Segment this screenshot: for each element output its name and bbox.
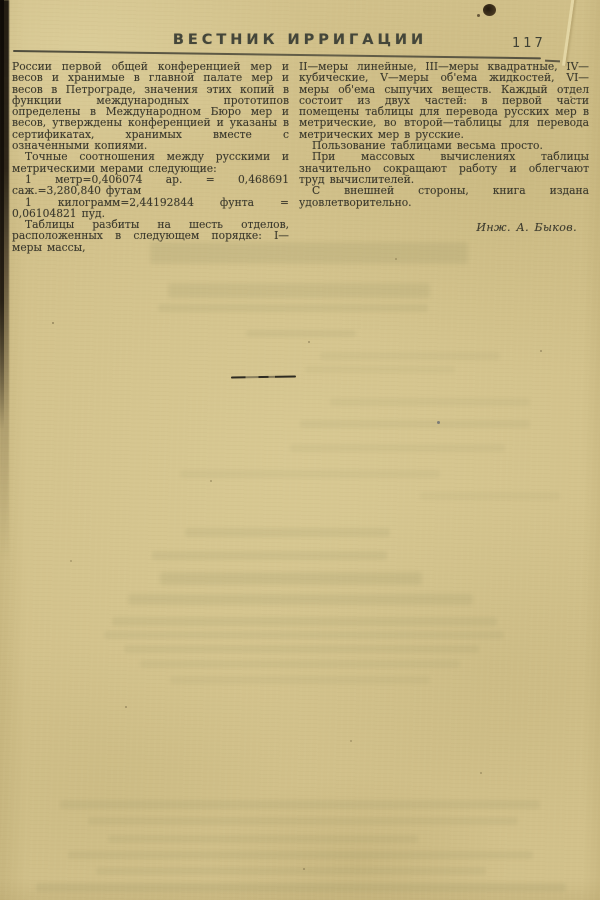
paper-speck	[395, 258, 397, 260]
bleedthrough-line	[300, 420, 530, 428]
paragraph: С внешней стороны, книга издана удовлетв…	[299, 185, 589, 208]
bleedthrough-line	[185, 528, 390, 537]
bleedthrough-line	[152, 551, 387, 560]
paper-speck	[52, 322, 54, 324]
paper-speck	[540, 350, 542, 352]
bleedthrough-line	[180, 470, 440, 478]
paper-speck	[70, 560, 72, 562]
bleedthrough-line	[320, 352, 500, 360]
paper-speck	[210, 480, 212, 482]
bleedthrough-line	[305, 366, 455, 373]
printed-dash-artifact	[231, 375, 296, 379]
paragraph: При массовых вычислениях таблицы значите…	[299, 151, 589, 185]
paragraph-metric-conversion: 1 метр=0,406074 ар. = 0,468691 саж.=3,28…	[12, 174, 289, 197]
bleedthrough-line	[290, 444, 505, 452]
ink-blot-dot	[477, 14, 480, 17]
paragraph: II—меры линейные, III—меры квадратные, I…	[299, 61, 589, 140]
bleedthrough-line	[330, 398, 530, 406]
bleedthrough-line	[160, 572, 422, 585]
book-gutter-shadow-core	[0, 0, 4, 430]
bleedthrough-line	[158, 304, 428, 312]
bleedthrough-line	[88, 817, 518, 825]
bleedthrough-line	[124, 645, 479, 653]
paper-speck	[308, 341, 310, 343]
paper-speck	[125, 706, 127, 708]
paper-speck	[350, 740, 352, 742]
author-signature: Инж. А. Быков.	[299, 222, 589, 233]
bleedthrough-line	[96, 867, 486, 875]
ink-blot	[483, 4, 496, 16]
bleedthrough-line	[112, 617, 497, 626]
bleedthrough-line	[246, 330, 356, 337]
bleedthrough-line	[420, 492, 560, 500]
bleedthrough-line	[168, 283, 430, 298]
journal-title: ВЕСТНИК ИРРИГАЦИИ	[0, 32, 600, 48]
paragraph: Точные соотношения между русскими и метр…	[12, 151, 289, 174]
paragraph: России первой общей конференцией мер и в…	[12, 61, 289, 151]
bleedthrough-line	[60, 800, 540, 809]
paper-speck	[437, 421, 440, 424]
bleedthrough-line	[170, 676, 430, 684]
scanned-journal-page: ВЕСТНИК ИРРИГАЦИИ 117 России первой обще…	[0, 0, 600, 900]
bleedthrough-line	[140, 660, 460, 668]
right-column: II—меры линейные, III—меры квадратные, I…	[299, 61, 589, 253]
paper-speck	[480, 772, 482, 774]
bleedthrough-line	[108, 835, 418, 843]
paragraph-kilogram-conversion: 1 килограмм=2,44192844 фунта = 0,0610482…	[12, 197, 289, 220]
paper-speck	[303, 868, 305, 870]
left-column: России первой общей конференцией мер и в…	[12, 61, 289, 253]
bleedthrough-line	[104, 631, 504, 639]
bleedthrough-line	[128, 594, 473, 605]
paragraph: Таблицы разбиты на шесть отделов, распол…	[12, 219, 289, 253]
bleedthrough-line	[68, 851, 533, 859]
header-rule	[13, 50, 541, 60]
page-number: 117	[512, 36, 546, 51]
bleedthrough-line	[36, 883, 566, 892]
two-column-text-block: России первой общей конференцией мер и в…	[12, 61, 589, 253]
